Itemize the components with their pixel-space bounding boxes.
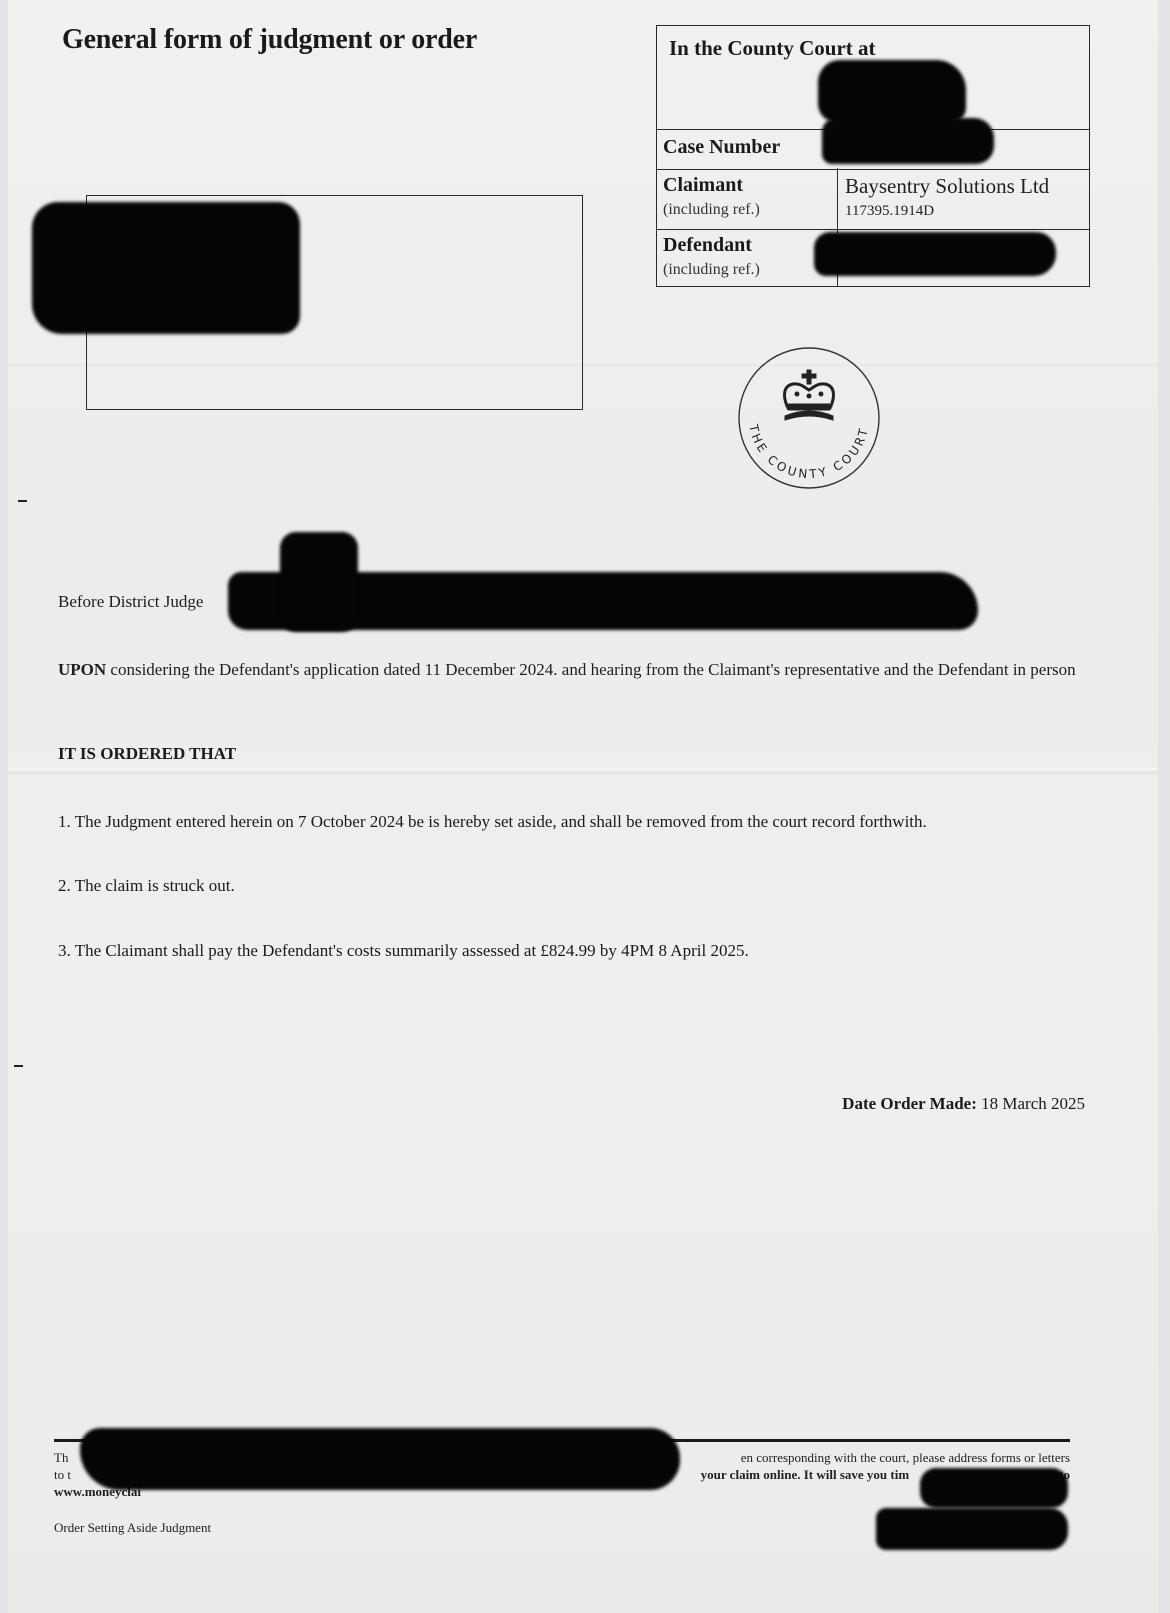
court-label: In the County Court at [669,36,876,61]
date-order-made-value: 18 March 2025 [977,1094,1085,1113]
redaction-footer-text [80,1428,680,1490]
court-seal: THE COUNTY COURT [737,346,881,490]
order-item: 3. The Claimant shall pay the Defendant'… [58,941,749,961]
redaction-footer-right [920,1468,1068,1508]
date-order-made-label: Date Order Made: [842,1094,977,1113]
date-order-made: Date Order Made: 18 March 2025 [842,1094,1085,1114]
margin-mark [14,1065,23,1067]
judge-line: Before District Judge [58,592,203,612]
order-item: 1. The Judgment entered herein on 7 Octo… [58,812,927,832]
redaction-barcode [876,1508,1068,1550]
margin-mark [18,500,27,502]
footer-line1-start: Th [54,1449,68,1466]
footer-line2-start: to t [54,1466,71,1483]
redaction-judge-name-ext [280,532,358,632]
claimant-ref: 117395.1914D [845,203,934,220]
claimant-label: Claimant [663,174,743,197]
judge-label: Before District Judge [58,592,203,611]
redaction-case-number [822,118,994,164]
redaction-court-name [818,60,966,122]
redaction-address [32,202,300,334]
paper-fold [8,768,1158,774]
upon-lead: UPON [58,660,106,679]
order-item: 2. The claim is struck out. [58,876,235,896]
upon-paragraph: UPON considering the Defendant's applica… [58,658,1098,681]
defendant-sublabel: (including ref.) [663,261,760,279]
footer-line1-end: en corresponding with the court, please … [741,1449,1070,1466]
crown-icon [785,370,834,420]
case-number-label: Case Number [663,136,780,159]
claimant-sublabel: (including ref.) [663,201,760,219]
redaction-defendant [814,232,1056,276]
claimant-row: Claimant (including ref.) Baysentry Solu… [657,169,1089,230]
footer-line2-mid: your claim online. It will save you tim [701,1466,909,1483]
document-title: General form of judgment or order [62,24,477,56]
upon-text: considering the Defendant's application … [106,660,1075,679]
claimant-name: Baysentry Solutions Ltd [845,174,1049,199]
ordered-heading: IT IS ORDERED THAT [58,744,236,764]
form-name: Order Setting Aside Judgment [54,1520,211,1536]
defendant-label: Defendant [663,234,752,257]
